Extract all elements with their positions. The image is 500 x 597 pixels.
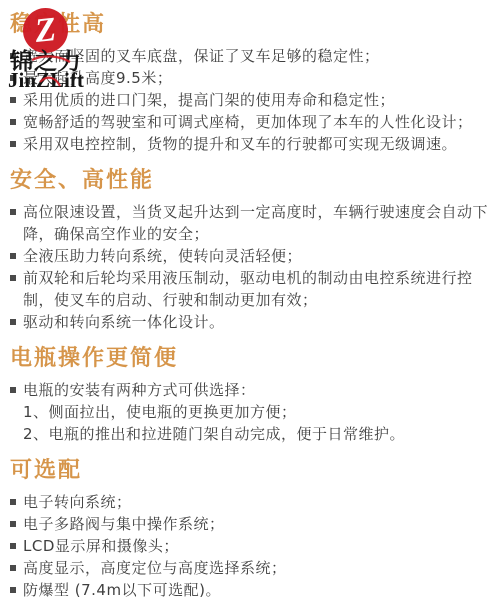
logo-circle-icon: Z	[23, 8, 68, 53]
square-bullet-icon	[10, 565, 16, 571]
item-text: 2、电瓶的推出和拉进随门架自动完成，便于日常维护。	[23, 425, 405, 443]
logo-monogram: Z	[21, 6, 70, 55]
item-text: 防爆型 (7.4m以下可选配)。	[23, 581, 221, 597]
list-item: 电瓶的安装有两种方式可供选择：	[10, 379, 490, 401]
square-bullet-icon	[10, 141, 16, 147]
feature-section: 可选配 电子转向系统； 电子多路阀与集中操作系统； LCD显示屏和摄像头； 高度…	[10, 458, 490, 597]
square-bullet-icon	[10, 275, 16, 281]
item-text: 电瓶的安装有两种方式可供选择：	[23, 381, 256, 399]
list-item: 前双轮和后轮均采用液压制动，驱动电机的制动由电控系统进行控制，使叉车的启动、行驶…	[10, 267, 490, 311]
item-text: 宽畅舒适的驾驶室和可调式座椅，更加体现了本车的人性化设计；	[23, 113, 473, 131]
feature-section: 安全、高性能 高位限速设置，当货叉起升达到一定高度时，车辆行驶速度会自动下降，确…	[10, 168, 490, 333]
square-bullet-icon	[10, 499, 16, 505]
item-text: LCD显示屏和摄像头；	[23, 537, 179, 555]
item-text: 1、侧面拉出，使电瓶的更换更加方便；	[23, 403, 297, 421]
content: 稳定性高 宽大而坚固的叉车底盘，保证了叉车足够的稳定性； 最大起升高度9.5米；…	[10, 12, 490, 597]
list-item: 驱动和转向系统一体化设计。	[10, 311, 490, 333]
feature-list: 电子转向系统； 电子多路阀与集中操作系统； LCD显示屏和摄像头； 高度显示，高…	[10, 491, 490, 597]
list-item: 全液压助力转向系统，使转向灵活轻便；	[10, 245, 490, 267]
square-bullet-icon	[10, 253, 16, 259]
list-item: 高位限速设置，当货叉起升达到一定高度时，车辆行驶速度会自动下降，确保高空作业的安…	[10, 201, 490, 245]
list-item: 1、侧面拉出，使电瓶的更换更加方便；	[10, 401, 490, 423]
item-text: 电子多路阀与集中操作系统；	[23, 515, 225, 533]
square-bullet-icon	[10, 543, 16, 549]
square-bullet-icon	[10, 521, 16, 527]
item-text: 采用双电控控制，货物的提升和叉车的行驶都可实现无级调速。	[23, 135, 457, 153]
list-item: 防爆型 (7.4m以下可选配)。	[10, 579, 490, 597]
section-title: 电瓶操作更简便	[10, 346, 490, 372]
square-bullet-icon	[10, 119, 16, 125]
square-bullet-icon	[10, 387, 16, 393]
logo-text-en: JinZLift	[8, 70, 84, 91]
list-item: 高度显示，高度定位与高度选择系统；	[10, 557, 490, 579]
list-item: 2、电瓶的推出和拉进随门架自动完成，便于日常维护。	[10, 423, 490, 445]
document-page: 稳定性高 宽大而坚固的叉车底盘，保证了叉车足够的稳定性； 最大起升高度9.5米；…	[0, 0, 500, 597]
square-bullet-icon	[10, 587, 16, 593]
item-text: 高度显示，高度定位与高度选择系统；	[23, 559, 287, 577]
item-text: 全液压助力转向系统，使转向灵活轻便；	[23, 247, 302, 265]
list-item: 电子转向系统；	[10, 491, 490, 513]
watermark-logo: Z 锦之力 JinZLift	[0, 0, 120, 95]
square-bullet-icon	[10, 209, 16, 215]
section-title: 安全、高性能	[10, 168, 490, 194]
square-bullet-icon	[10, 319, 16, 325]
feature-section: 电瓶操作更简便 电瓶的安装有两种方式可供选择： 1、侧面拉出，使电瓶的更换更加方…	[10, 346, 490, 445]
item-text: 电子转向系统；	[23, 493, 132, 511]
item-text: 高位限速设置，当货叉起升达到一定高度时，车辆行驶速度会自动下降，确保高空作业的安…	[23, 203, 488, 243]
item-text: 前双轮和后轮均采用液压制动，驱动电机的制动由电控系统进行控制，使叉车的启动、行驶…	[23, 269, 473, 309]
list-item: 采用双电控控制，货物的提升和叉车的行驶都可实现无级调速。	[10, 133, 490, 155]
list-item: 电子多路阀与集中操作系统；	[10, 513, 490, 535]
item-text: 驱动和转向系统一体化设计。	[23, 313, 225, 331]
list-item: LCD显示屏和摄像头；	[10, 535, 490, 557]
feature-list: 高位限速设置，当货叉起升达到一定高度时，车辆行驶速度会自动下降，确保高空作业的安…	[10, 201, 490, 333]
feature-list: 电瓶的安装有两种方式可供选择： 1、侧面拉出，使电瓶的更换更加方便； 2、电瓶的…	[10, 379, 490, 445]
section-title: 可选配	[10, 458, 490, 484]
list-item: 宽畅舒适的驾驶室和可调式座椅，更加体现了本车的人性化设计；	[10, 111, 490, 133]
square-bullet-icon	[10, 97, 16, 103]
